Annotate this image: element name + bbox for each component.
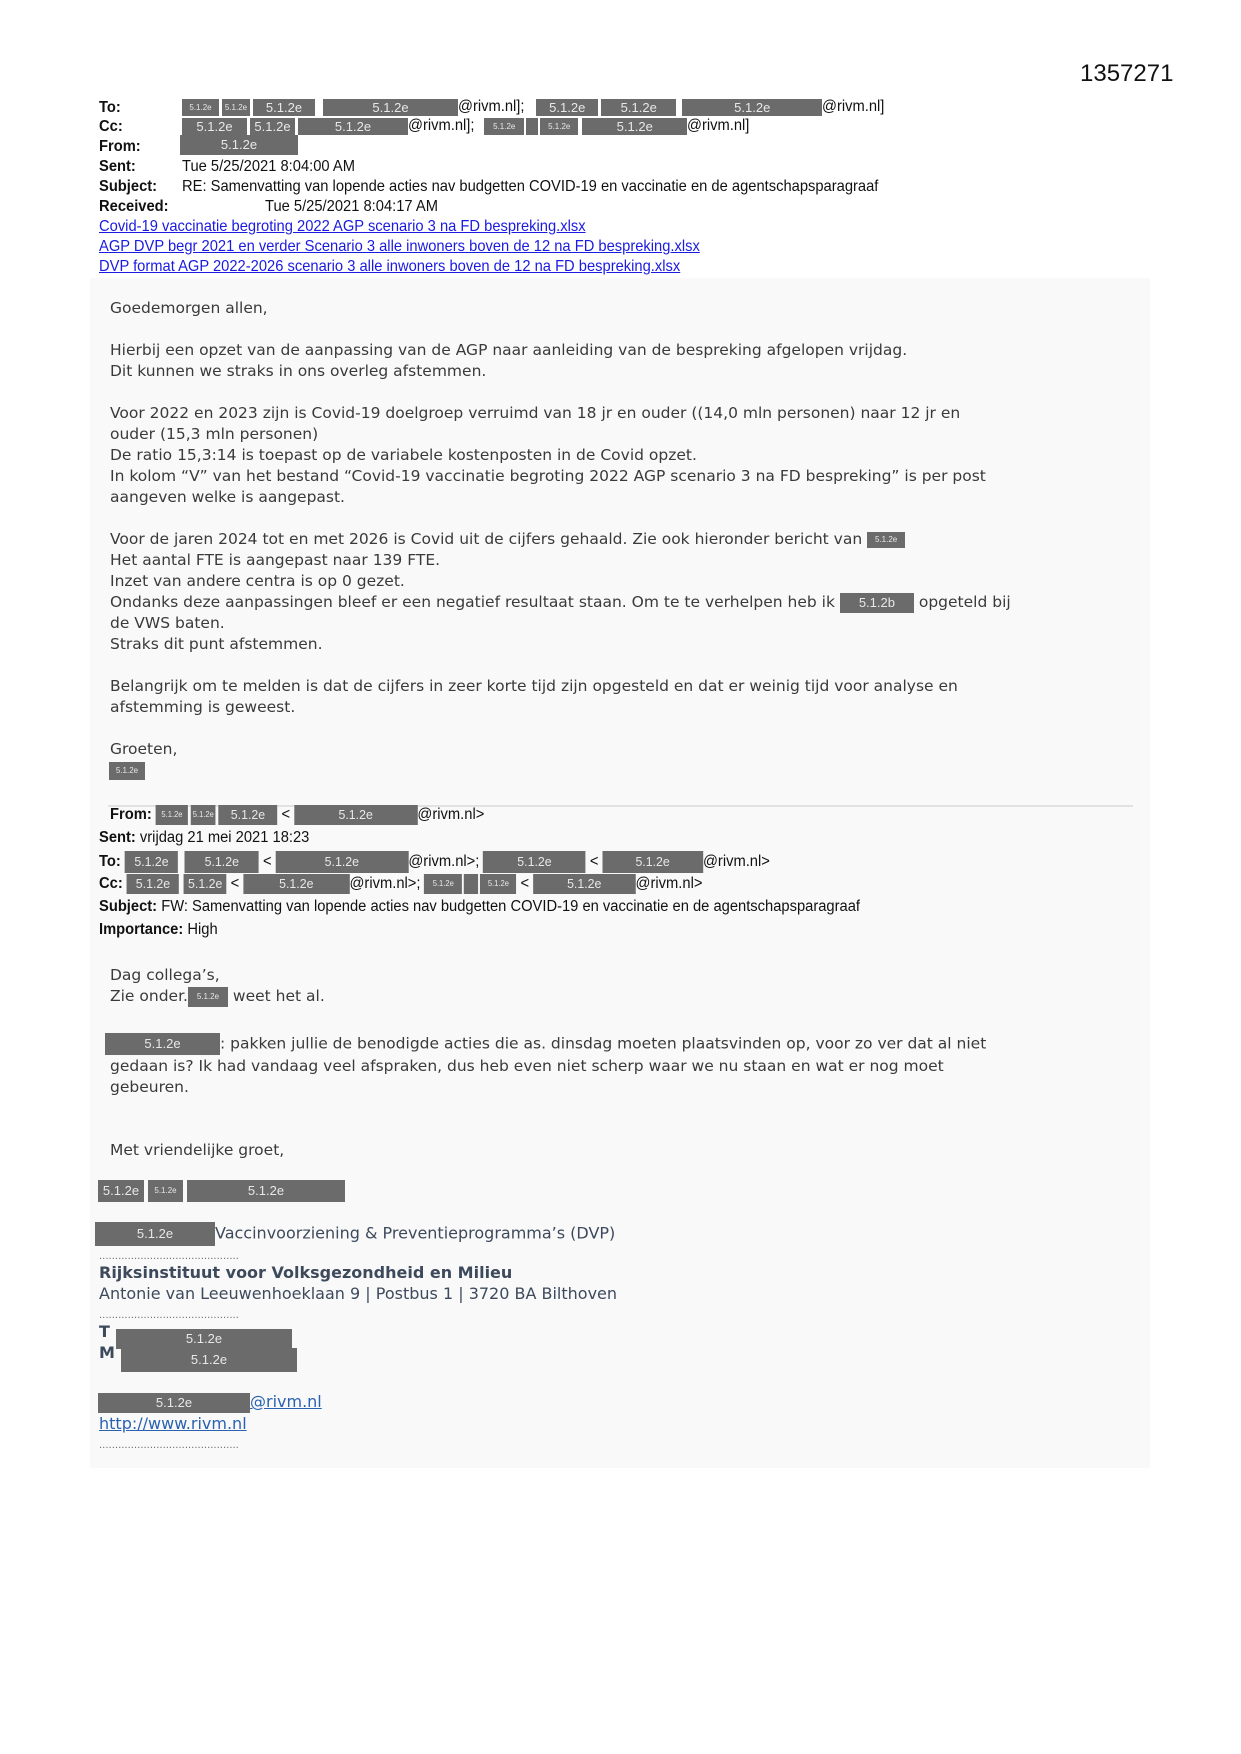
closing: Met vriendelijke groet, bbox=[110, 1140, 284, 1161]
redaction: 5.1.2e bbox=[148, 1180, 183, 1202]
body-line: 5.1.2e: pakken jullie de benodigde actie… bbox=[105, 1033, 986, 1055]
redaction: 5.1.2e bbox=[480, 874, 516, 894]
received-value: Tue 5/25/2021 8:04:17 AM bbox=[265, 198, 438, 216]
redaction: 5.1.2e bbox=[484, 118, 524, 135]
fwd-subject: Subject: FW: Samenvatting van lopende ac… bbox=[99, 898, 860, 916]
redaction: 5.1.2e bbox=[222, 99, 250, 116]
to-domain: @rivm.nl] bbox=[822, 98, 884, 116]
body-line: In kolom “V” van het bestand “Covid-19 v… bbox=[110, 466, 986, 487]
signature-email: 5.1.2e@rivm.nl bbox=[98, 1392, 322, 1413]
signature-divider: ........................................… bbox=[99, 1251, 239, 1262]
phone-number: 5.1.2e bbox=[116, 1329, 292, 1349]
redaction: 5.1.2e bbox=[323, 99, 458, 116]
redaction: 5.1.2e bbox=[867, 532, 905, 548]
redaction: 5.1.2e bbox=[185, 851, 259, 873]
redaction bbox=[464, 874, 478, 894]
redaction: 5.1.2e bbox=[682, 99, 822, 116]
from-sender: 5.1.2e bbox=[180, 135, 298, 155]
redaction: 5.1.2e bbox=[125, 851, 178, 873]
redaction: 5.1.2e bbox=[219, 805, 278, 825]
redaction: 5.1.2e bbox=[95, 1222, 215, 1246]
from-label: From: bbox=[99, 138, 141, 156]
email-link[interactable]: @rivm.nl bbox=[250, 1392, 322, 1411]
to-domain: @rivm.nl]; bbox=[458, 98, 524, 116]
redaction: 5.1.2e bbox=[180, 135, 298, 155]
cc-domain: @rivm.nl] bbox=[687, 117, 749, 135]
redaction: 5.1.2e bbox=[184, 874, 227, 894]
redaction: 5.1.2e bbox=[243, 874, 349, 894]
redaction: 5.1.2e bbox=[105, 1033, 220, 1055]
body-line: Hierbij een opzet van de aanpassing van … bbox=[110, 340, 907, 361]
cc-label: Cc: bbox=[99, 118, 123, 136]
body-line: afstemming is geweest. bbox=[110, 697, 295, 718]
redaction: 5.1.2e bbox=[601, 99, 676, 116]
body-line: Dit kunnen we straks in ons overleg afst… bbox=[110, 361, 486, 382]
fwd-sent: Sent: vrijdag 21 mei 2021 18:23 bbox=[99, 829, 309, 847]
signature-divider: ........................................… bbox=[99, 1310, 239, 1321]
redaction: 5.1.2e bbox=[121, 1348, 297, 1372]
attachment-link[interactable]: AGP DVP begr 2021 en verder Scenario 3 a… bbox=[99, 238, 700, 256]
body-line: Straks dit punt afstemmen. bbox=[110, 634, 323, 655]
redaction bbox=[526, 118, 538, 135]
attachment-link[interactable]: DVP format AGP 2022-2026 scenario 3 alle… bbox=[99, 258, 680, 276]
redaction: 5.1.2e bbox=[182, 99, 219, 116]
body-line: de VWS baten. bbox=[110, 613, 225, 634]
body-line: Ondanks deze aanpassingen bleef er een n… bbox=[110, 592, 1011, 613]
body-line: Voor 2022 en 2023 zijn is Covid-19 doelg… bbox=[110, 403, 960, 424]
redaction: 5.1.2e bbox=[275, 851, 408, 873]
redaction: 5.1.2e bbox=[424, 874, 462, 894]
redaction: 5.1.2e bbox=[109, 762, 145, 780]
redaction: 5.1.2e bbox=[536, 99, 598, 116]
subject-value: RE: Samenvatting van lopende acties nav … bbox=[182, 178, 878, 196]
redaction: 5.1.2e bbox=[253, 99, 315, 116]
redaction: 5.1.2e bbox=[98, 1180, 144, 1202]
to-label: To: bbox=[99, 99, 121, 117]
body-line: Zie onder.5.1.2e weet het al. bbox=[110, 986, 325, 1007]
fwd-importance: Importance: High bbox=[99, 921, 218, 939]
body-line: gebeuren. bbox=[110, 1077, 189, 1098]
redaction: 5.1.2e bbox=[483, 851, 586, 873]
signature-org: Rijksinstituut voor Volksgezondheid en M… bbox=[99, 1263, 512, 1282]
redaction: 5.1.2e bbox=[602, 851, 703, 873]
redaction: 5.1.2e bbox=[533, 874, 636, 894]
redaction: 5.1.2e bbox=[540, 118, 578, 135]
to-recipients: 5.1.2e5.1.2e5.1.2e5.1.2e@rivm.nl];5.1.2e… bbox=[182, 98, 890, 116]
mobile-number: 5.1.2e bbox=[121, 1348, 297, 1372]
fwd-to: To: 5.1.2e5.1.2e <5.1.2e@rivm.nl>;5.1.2e… bbox=[99, 851, 770, 873]
body-line: Belangrijk om te melden is dat de cijfer… bbox=[110, 676, 958, 697]
website-link[interactable]: http://www.rivm.nl bbox=[99, 1414, 247, 1433]
body-line: Voor de jaren 2024 tot en met 2026 is Co… bbox=[110, 529, 905, 550]
attachment-link[interactable]: Covid-19 vaccinatie begroting 2022 AGP s… bbox=[99, 218, 586, 236]
body-line: ouder (15,3 mln personen) bbox=[110, 424, 318, 445]
received-label: Received: bbox=[99, 198, 169, 216]
greeting: Goedemorgen allen, bbox=[110, 298, 268, 319]
greeting: Dag collega’s, bbox=[110, 965, 220, 986]
signature-department: 5.1.2eVaccinvoorziening & Preventieprogr… bbox=[95, 1222, 615, 1246]
redaction: 5.1.2e bbox=[294, 805, 418, 825]
document-id: 1357271 bbox=[1080, 60, 1173, 88]
redaction: 5.1.2e bbox=[116, 1329, 292, 1349]
signature-name: 5.1.2e bbox=[109, 762, 145, 780]
redaction: 5.1.2b bbox=[840, 593, 914, 613]
redaction: 5.1.2e bbox=[250, 118, 295, 135]
signature-divider: ........................................… bbox=[99, 1440, 239, 1451]
signature-name: 5.1.2e5.1.2e5.1.2e bbox=[98, 1180, 345, 1202]
fwd-from: From: 5.1.2e5.1.2e5.1.2e <5.1.2e@rivm.nl… bbox=[110, 805, 484, 825]
redaction: 5.1.2e bbox=[187, 1180, 345, 1202]
phone-label: T bbox=[99, 1322, 110, 1341]
sent-label: Sent: bbox=[99, 158, 136, 176]
redaction: 5.1.2e bbox=[191, 805, 216, 825]
sent-value: Tue 5/25/2021 8:04:00 AM bbox=[182, 158, 355, 176]
body-line: Inzet van andere centra is op 0 gezet. bbox=[110, 571, 405, 592]
body-line: De ratio 15,3:14 is toepast op de variab… bbox=[110, 445, 697, 466]
body-line: Het aantal FTE is aangepast naar 139 FTE… bbox=[110, 550, 440, 571]
cc-domain: @rivm.nl]; bbox=[408, 117, 474, 135]
redaction: 5.1.2e bbox=[188, 987, 228, 1007]
redaction: 5.1.2e bbox=[298, 118, 408, 135]
fwd-cc: Cc: 5.1.2e5.1.2e <5.1.2e@rivm.nl>;5.1.2e… bbox=[99, 874, 702, 894]
cc-recipients: 5.1.2e5.1.2e5.1.2e@rivm.nl];5.1.2e5.1.2e… bbox=[182, 117, 755, 135]
redaction: 5.1.2e bbox=[182, 118, 247, 135]
redaction: 5.1.2e bbox=[98, 1393, 250, 1413]
body-line: gedaan is? Ik had vandaag veel afspraken… bbox=[110, 1056, 944, 1077]
redaction: 5.1.2e bbox=[582, 118, 687, 135]
signature-address: Antonie van Leeuwenhoeklaan 9 | Postbus … bbox=[99, 1284, 617, 1303]
body-line: aangeven welke is aangepast. bbox=[110, 487, 345, 508]
website: http://www.rivm.nl bbox=[99, 1414, 247, 1433]
closing: Groeten, bbox=[110, 739, 177, 760]
redaction: 5.1.2e bbox=[127, 874, 179, 894]
subject-label: Subject: bbox=[99, 178, 157, 196]
redaction: 5.1.2e bbox=[156, 805, 188, 825]
mobile-label: M bbox=[99, 1343, 115, 1362]
